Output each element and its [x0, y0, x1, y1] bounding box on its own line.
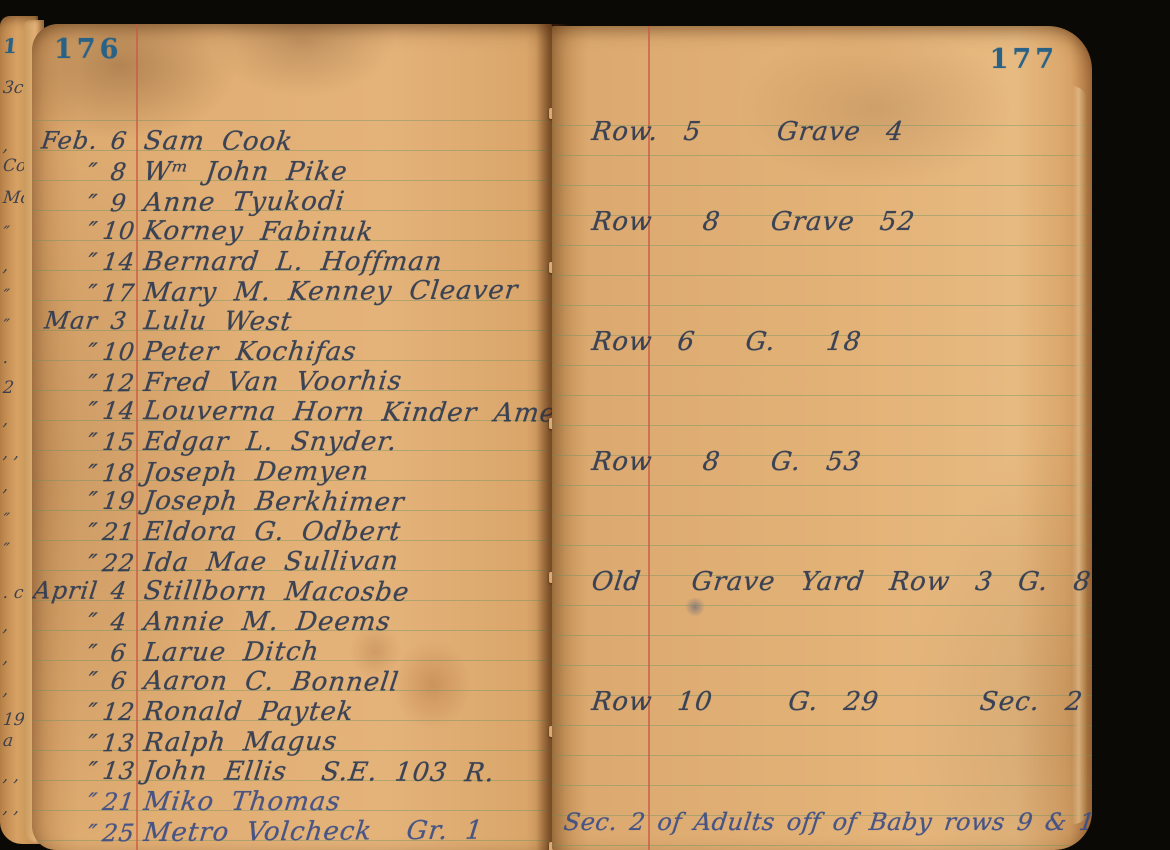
entry-month: ″ [32, 246, 100, 279]
ledger-entry: ″12Ronald Paytek [32, 696, 550, 726]
entry-name: Ida Mae Sullivan [142, 546, 401, 578]
entry-name: Joseph Berkhimer [142, 486, 406, 518]
ledger-entry: Mar3Lulu West [32, 304, 550, 337]
entry-month: ″ [32, 156, 100, 189]
ledger-entry: ″13Ralph Magus [32, 724, 550, 758]
ledger-entry: ″15Edgar L. Snyder. [32, 426, 550, 456]
entry-name: Edgar L. Snyder. [142, 427, 399, 457]
entry-day: 25 [96, 817, 142, 850]
edge-writing-fragment: , [2, 682, 9, 699]
edge-writing-fragment: ″ [2, 225, 10, 242]
ledger-entry: ″19Joseph Berkhimer [32, 484, 550, 517]
ledger-entry: ″10Korney Fabinuk [32, 214, 550, 247]
page-number-left: 176 [54, 34, 122, 65]
grave-location-note: Sec. 2 of Adults off of Baby rows 9 & 10 [562, 806, 1092, 836]
edge-writing-fragment: ″ [2, 288, 10, 305]
edge-writing-fragment: ″ [2, 542, 10, 559]
ledger-entry: ″4Annie M. Deems [32, 606, 550, 636]
page-number-right: 177 [990, 44, 1058, 75]
entry-month: ″ [32, 516, 100, 549]
ledger-entry: ″21Eldora G. Odbert [32, 516, 550, 546]
edge-writing-fragment: 2 [2, 380, 15, 397]
book-spread: 13c,CoMo″,″″.2,, ,,″″. c,,,192a, ,, , 17… [0, 0, 1170, 850]
red-margin-line-right [648, 26, 650, 850]
entry-day: 14 [96, 246, 142, 279]
entry-name: Fred Van Voorhis [142, 366, 404, 398]
edge-writing-fragment: , [2, 258, 9, 275]
edge-page-number-fragment: 1 [2, 38, 22, 55]
entry-day: 3 [96, 305, 142, 338]
grave-location-note: Row 8 Grave 52 [590, 206, 917, 236]
entry-month: ″ [32, 817, 100, 850]
entry-month: ″ [32, 786, 100, 819]
entry-name: Ralph Magus [142, 727, 339, 758]
right-page: 177 Row. 5 Grave 4Row 8 Grave 52Row 6 G.… [552, 26, 1092, 850]
entry-month: ″ [32, 426, 100, 459]
entry-day: 19 [96, 485, 142, 518]
entry-month: ″ [32, 394, 100, 427]
entry-name: Anne Tyukodi [142, 187, 347, 218]
entry-month: ″ [32, 214, 100, 247]
entry-day: 6 [96, 665, 142, 698]
edge-writing-fragment: , [2, 412, 9, 429]
entry-name: Peter Kochifas [142, 337, 358, 367]
edge-writing-fragment: 3c [2, 80, 24, 97]
entry-name: Larue Ditch [142, 637, 321, 668]
entry-name: Miko Thomas [142, 787, 343, 817]
grave-location-note: Old Grave Yard Row 3 G. 8 [590, 566, 1092, 596]
entry-name: Wᵐ John Pike [142, 157, 349, 187]
ledger-entry: ″6Larue Ditch [32, 634, 550, 668]
entry-day: 13 [96, 755, 142, 788]
edge-writing-fragment: , , [2, 768, 20, 785]
edge-writing-fragment: . c [2, 585, 24, 602]
edge-writing-fragment: , [2, 138, 9, 155]
grave-location-note: Row 8 G. 53 [590, 446, 863, 476]
edge-writing-fragment: ″ [2, 512, 10, 529]
entry-name: Aaron C. Bonnell [142, 666, 401, 698]
edge-writing-fragment: , , [2, 445, 20, 462]
entry-day: 15 [96, 426, 142, 459]
edge-writing-fragment: , , [2, 800, 20, 817]
edge-writing-fragment: , [2, 478, 9, 495]
entry-month: ″ [32, 336, 100, 369]
ledger-entry: ″8Wᵐ John Pike [32, 156, 550, 186]
entry-day: 6 [96, 125, 142, 158]
ledger-entry: ″18Joseph Demyen [32, 454, 550, 488]
entry-day: 4 [96, 606, 142, 639]
entry-day: 14 [96, 395, 142, 428]
entry-name: Ronald Paytek [142, 697, 355, 727]
entry-day: 10 [96, 215, 142, 248]
grave-location-note: Row 6 G. 18 [590, 326, 863, 356]
entry-month: April [32, 574, 100, 607]
edge-writing-fragment: . [2, 350, 9, 367]
grave-location-note: Row 10 G. 29 Sec. 2 [590, 686, 1085, 716]
entry-name: Bernard L. Hoffman [142, 247, 444, 277]
grave-location-note: Row. 5 Grave 4 [590, 116, 906, 146]
ledger-entry: Feb.6Sam Cook [32, 124, 550, 157]
ledger-entry: ″17Mary M. Kenney Cleaver [32, 274, 550, 308]
ledger-entry: ″14Bernard L. Hoffman [32, 246, 550, 276]
entry-day: 12 [96, 696, 142, 729]
ledger-entry: ″21Miko Thomas [32, 786, 550, 816]
entry-month: ″ [32, 696, 100, 729]
entry-name: Eldora G. Odbert [142, 517, 403, 547]
ledger-entry: ″14Louverna Horn Kinder Ames [32, 394, 550, 427]
entry-month: ″ [32, 484, 100, 517]
entry-day: 10 [96, 336, 142, 369]
entry-name: Korney Fabinuk [142, 216, 376, 247]
entry-day: 4 [96, 575, 142, 608]
edge-writing-fragment: ″ [2, 318, 10, 335]
entry-name: Louverna Horn Kinder Ames [142, 396, 552, 429]
ledger-entry: ″9Anne Tyukodi [32, 184, 550, 218]
entry-name: Lulu West [142, 306, 294, 337]
ledger-entry: ″10Peter Kochifas [32, 336, 550, 366]
ledger-entry: ″12Fred Van Voorhis [32, 364, 550, 398]
entry-name: Annie M. Deems [142, 607, 393, 637]
edge-writing-fragment: , [2, 650, 9, 667]
ledger-entry: ″22Ida Mae Sullivan [32, 544, 550, 578]
edge-writing-fragment: a [2, 733, 14, 750]
ledger-entry: April4Stillborn Macosbe [32, 574, 550, 607]
entry-month: Mar [32, 304, 100, 337]
entry-name: John Ellis S.E. 103 R. [142, 756, 497, 788]
entry-name: Stillborn Macosbe [142, 576, 411, 608]
entry-name: Sam Cook [142, 126, 295, 157]
entry-month: ″ [32, 664, 100, 697]
entry-name: Mary M. Kenney Cleaver [142, 275, 520, 308]
entry-name: Metro Volcheck Gr. 1 [142, 816, 485, 848]
entry-month: Feb. [32, 124, 100, 157]
entry-month: ″ [32, 606, 100, 639]
entry-name: Joseph Demyen [142, 456, 371, 488]
ledger-entry: ″6Aaron C. Bonnell [32, 664, 550, 697]
entry-day: 21 [96, 786, 142, 819]
entry-day: 21 [96, 516, 142, 549]
edge-writing-fragment: , [2, 618, 9, 635]
ledger-entry: ″25Metro Volcheck Gr. 1 [32, 814, 550, 848]
entry-day: 8 [96, 156, 142, 189]
entry-month: ″ [32, 754, 100, 787]
left-page: 176 Feb.6Sam Cook″8Wᵐ John Pike″9Anne Ty… [32, 24, 552, 850]
ledger-entry: ″13John Ellis S.E. 103 R. [32, 754, 550, 787]
